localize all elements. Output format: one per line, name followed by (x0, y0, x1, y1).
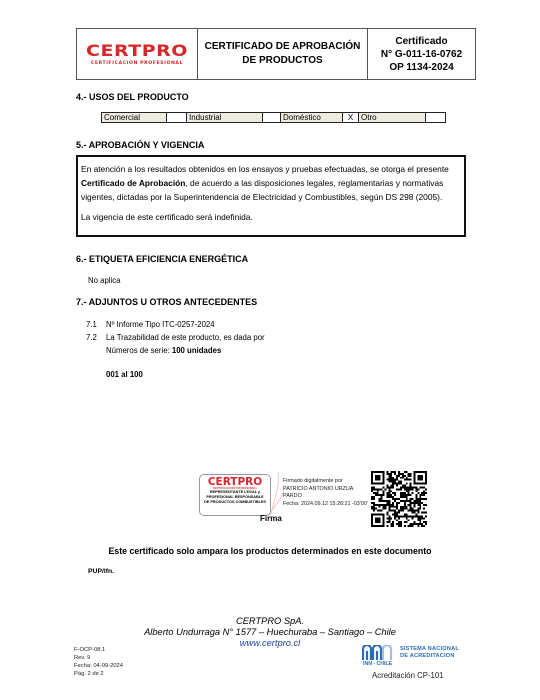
form-metadata: F-OCP-08.1 Rev. 9 Fecha: 04-09-2024 Pág.… (74, 646, 123, 678)
use-label-industrial: Industrial (187, 113, 263, 122)
disclaimer: Este certificado solo ampara los product… (0, 546, 540, 556)
use-mark-comercial (167, 113, 187, 122)
use-mark-industrial (263, 113, 281, 122)
certificate-header: CERTPRO CERTIFICACION PROFESIONAL CERTIF… (76, 28, 476, 80)
attachment-7-2-number: 7.2 (86, 333, 97, 342)
use-label-otro: Otro (359, 113, 426, 122)
form-revision: Rev. 9 (74, 654, 123, 662)
representative-stamp: CERTPRO CERTIFICACION PROFESIONAL REPRES… (199, 474, 271, 516)
inn-logo-icon (362, 645, 398, 661)
section-7-title: 7.- ADJUNTOS U OTROS ANTECEDENTES (76, 297, 257, 307)
certpro-logo: CERTPRO CERTIFICACION PROFESIONAL (77, 29, 198, 79)
serial-numbers: Números de serie: 100 unidades (106, 346, 221, 355)
attachment-7-1-text: Nº Informe Tipo ITC-0257-2024 (106, 320, 215, 329)
attachment-7-1-number: 7.1 (86, 320, 97, 329)
use-mark-domestico: X (343, 113, 359, 122)
approval-certificate-term: Certificado de Aprobación (81, 178, 185, 188)
signature-label: Firma (260, 514, 282, 523)
certificate-label: Certificado (395, 35, 447, 48)
signature-date: Fecha: 2024.09.12 15:28:21 -03'00' (283, 501, 368, 509)
approval-paragraph: En atención a los resultados obtenidos e… (81, 162, 461, 204)
accreditation-number: Acreditación CP-101 (372, 671, 444, 680)
serial-range: 001 al 100 (106, 370, 143, 379)
use-label-comercial: Comercial (102, 113, 167, 122)
logo-word-cert: CERT (86, 42, 142, 61)
certificate-number: N° G-011-16-0762 (381, 48, 462, 61)
use-label-domestico: Doméstico (281, 113, 343, 122)
form-code: F-OCP-08.1 (74, 646, 123, 654)
inn-name: SISTEMA NACIONAL DE ACREDITACION (400, 646, 459, 659)
logo-subtitle: CERTIFICACION PROFESIONAL (91, 61, 183, 66)
signer-name: PATRICIO ANTONIO URZUA (283, 486, 368, 494)
form-date: Fecha: 04-09-2024 (74, 662, 123, 670)
op-number: OP 1134-2024 (389, 61, 453, 74)
attachment-7-2-text: La Trazabilidad de este producto, es dad… (106, 333, 265, 342)
certificate-id-block: Certificado N° G-011-16-0762 OP 1134-202… (368, 29, 475, 79)
section-6-title: 6.- ETIQUETA EFICIENCIA ENERGÉTICA (76, 254, 248, 264)
document-title: CERTIFICADO DE APROBACIÓN DE PRODUCTOS (198, 29, 368, 79)
digital-signature-info: Firmado digitalmente por PATRICIO ANTONI… (283, 478, 368, 508)
product-uses-table: Comercial Industrial Doméstico X Otro (101, 112, 446, 123)
use-mark-otro (426, 113, 445, 122)
validity-paragraph: La vigencia de este certificado será ind… (81, 210, 461, 224)
logo-word-pro: PRO (142, 42, 188, 61)
page-number: Pág. 2 de 2 (74, 670, 123, 678)
approval-text-box: En atención a los resultados obtenidos e… (76, 155, 466, 237)
section-5-title: 5.- APROBACIÓN Y VIGENCIA (76, 140, 204, 150)
inn-chile-label: INN - CHILE (363, 661, 392, 667)
energy-label-value: No aplica (88, 276, 121, 285)
qr-code-icon[interactable] (371, 471, 427, 527)
serial-count: 100 unidades (172, 346, 221, 355)
initials: PUP/lfn. (88, 568, 114, 575)
section-4-title: 4.- USOS DEL PRODUCTO (76, 92, 189, 102)
